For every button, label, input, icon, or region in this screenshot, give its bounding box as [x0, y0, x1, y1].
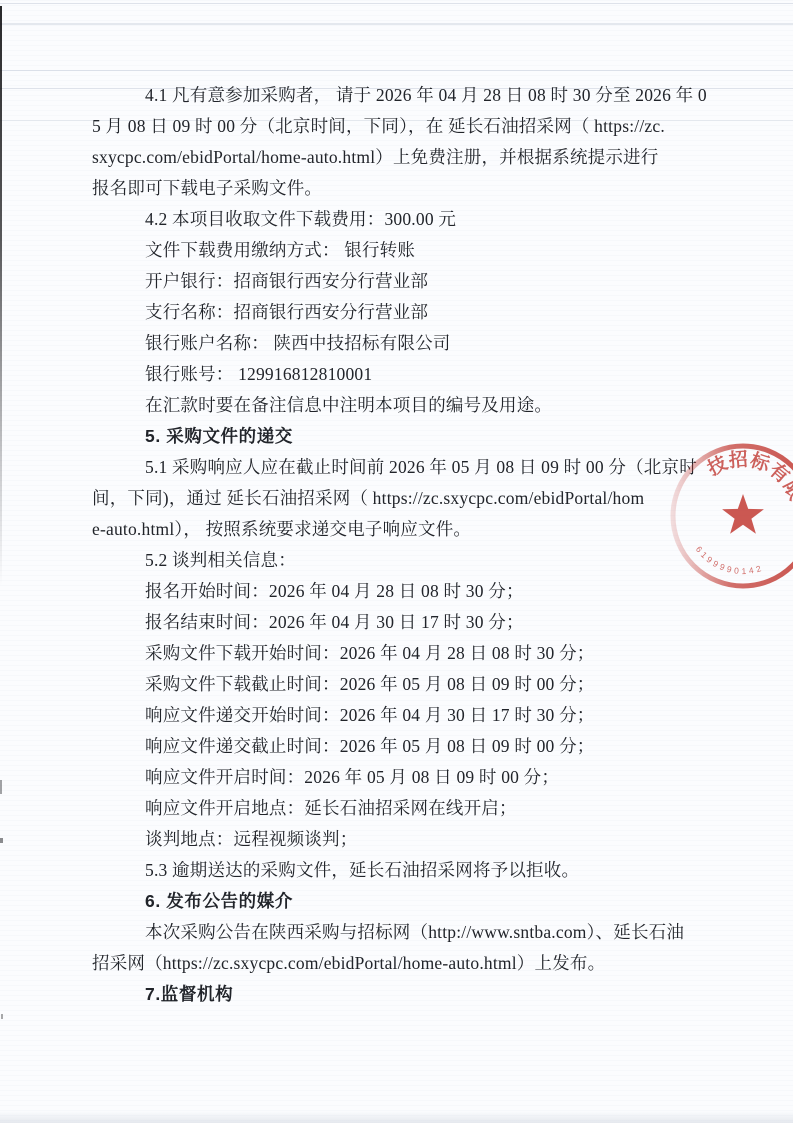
scan-edge-artifact: [0, 6, 2, 586]
doc-line-media-p1: 本次采购公告在陕西采购与招标网（http://www.sntba.com）、延长…: [92, 917, 677, 948]
star-icon: [722, 494, 764, 534]
company-seal-stamp: 技招标有限 6199990142: [658, 431, 793, 601]
doc-heading-6: 6. 发布公告的媒介: [92, 886, 677, 917]
doc-line-payment-method: 文件下载费用缴纳方式： 银行转账: [92, 235, 677, 266]
doc-line-open-time: 响应文件开启时间：2026 年 05 月 08 日 09 时 00 分；: [92, 762, 677, 793]
doc-line-submit-start: 响应文件递交开始时间：2026 年 04 月 30 日 17 时 30 分；: [92, 700, 677, 731]
doc-line-4-1-p3: sxycpc.com/ebidPortal/home-auto.html）上免费…: [92, 142, 677, 173]
doc-line-branch: 支行名称：招商银行西安分行营业部: [92, 297, 677, 328]
doc-line-negotiation-place: 谈判地点：远程视频谈判；: [92, 824, 677, 855]
scan-bottom-shadow: [0, 1111, 793, 1123]
doc-line-media-p2: 招采网（https://zc.sxycpc.com/ebidPortal/hom…: [92, 948, 677, 979]
scan-speck: [0, 780, 2, 794]
doc-line-5-1-p1: 5.1 采购响应人应在截止时间前 2026 年 05 月 08 日 09 时 0…: [92, 452, 677, 483]
scan-streak: [0, 70, 793, 71]
doc-heading-7: 7.监督机构: [92, 979, 677, 1010]
doc-line-5-1-p2: 间，下同)，通过 延长石油招采网（ https://zc.sxycpc.com/…: [92, 483, 677, 514]
doc-line-5-1-p3: e-auto.html）， 按照系统要求递交电子响应文件。: [92, 514, 677, 545]
doc-line-account-number: 银行账号： 129916812810001: [92, 359, 677, 390]
doc-line-5-2: 5.2 谈判相关信息：: [92, 545, 677, 576]
doc-line-download-end: 采购文件下载截止时间：2026 年 05 月 08 日 09 时 00 分；: [92, 669, 677, 700]
doc-line-bank: 开户银行：招商银行西安分行营业部: [92, 266, 677, 297]
scanned-document-page: 4.1 凡有意参加采购者， 请于 2026 年 04 月 28 日 08 时 3…: [0, 0, 793, 1123]
doc-line-remit-note: 在汇款时要在备注信息中注明本项目的编号及用途。: [92, 390, 677, 421]
doc-heading-5: 5. 采购文件的递交: [92, 421, 677, 452]
scan-speck: [1, 1014, 3, 1019]
doc-line-signup-end: 报名结束时间：2026 年 04 月 30 日 17 时 30 分；: [92, 607, 677, 638]
doc-line-4-2: 4.2 本项目收取文件下载费用：300.00 元: [92, 204, 677, 235]
doc-line-signup-start: 报名开始时间：2026 年 04 月 28 日 08 时 30 分；: [92, 576, 677, 607]
doc-line-5-3: 5.3 逾期送达的采购文件，延长石油招采网将予以拒收。: [92, 855, 677, 886]
scan-speck: [0, 838, 3, 843]
doc-line-open-place: 响应文件开启地点：延长石油招采网在线开启；: [92, 793, 677, 824]
seal-serial-number: 6199990142: [694, 544, 765, 576]
document-body: 4.1 凡有意参加采购者， 请于 2026 年 04 月 28 日 08 时 3…: [92, 80, 677, 1010]
doc-line-submit-end: 响应文件递交截止时间：2026 年 05 月 08 日 09 时 00 分；: [92, 731, 677, 762]
doc-line-4-1-p2: 5 月 08 日 09 时 00 分（北京时间，下同），在 延长石油招采网（ h…: [92, 111, 677, 142]
doc-line-4-1-p1: 4.1 凡有意参加采购者， 请于 2026 年 04 月 28 日 08 时 3…: [92, 80, 677, 111]
doc-line-account-name: 银行账户名称： 陕西中技招标有限公司: [92, 328, 677, 359]
scan-streak: [0, 23, 793, 25]
scan-streak: [0, 3, 793, 4]
doc-line-download-start: 采购文件下载开始时间：2026 年 04 月 28 日 08 时 30 分；: [92, 638, 677, 669]
doc-line-4-1-p4: 报名即可下载电子采购文件。: [92, 173, 677, 204]
